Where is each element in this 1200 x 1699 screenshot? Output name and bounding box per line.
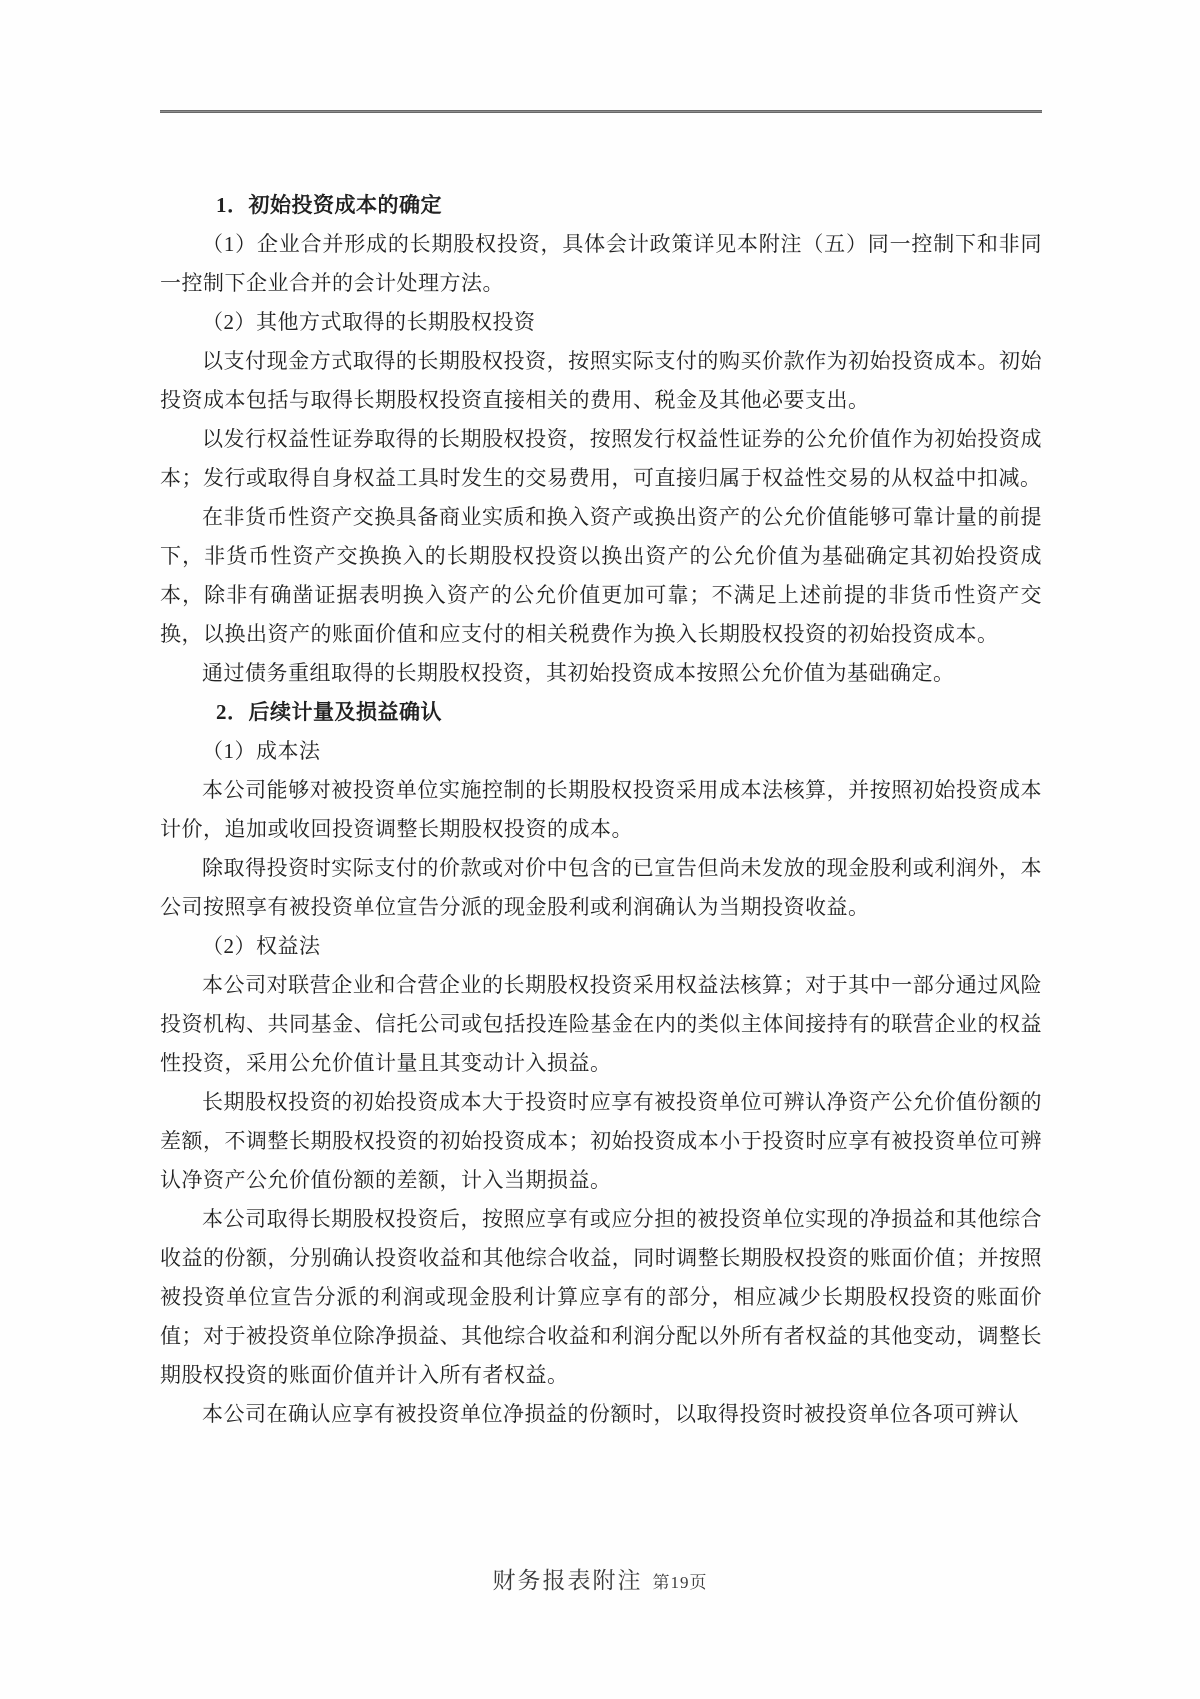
- paragraph: 通过债务重组取得的长期股权投资，其初始投资成本按照公允价值为基础确定。: [160, 654, 1042, 693]
- document-body: 1．初始投资成本的确定 （1）企业合并形成的长期股权投资，具体会计政策详见本附注…: [160, 186, 1042, 1434]
- paragraph: 本公司取得长期股权投资后，按照应享有或应分担的被投资单位实现的净损益和其他综合收…: [160, 1200, 1042, 1395]
- paragraph: （1）企业合并形成的长期股权投资，具体会计政策详见本附注（五）同一控制下和非同一…: [160, 225, 1042, 303]
- page-footer: 财务报表附注第19页: [0, 1562, 1200, 1595]
- footer-title: 财务报表附注: [493, 1568, 643, 1593]
- section-heading-2: 2．后续计量及损益确认: [160, 693, 1042, 732]
- paragraph: 以支付现金方式取得的长期股权投资，按照实际支付的购买价款作为初始投资成本。初始投…: [160, 342, 1042, 420]
- header-divider: [160, 110, 1042, 113]
- paragraph: 除取得投资时实际支付的价款或对价中包含的已宣告但尚未发放的现金股利或利润外，本公…: [160, 849, 1042, 927]
- paragraph: （1）成本法: [160, 732, 1042, 771]
- paragraph: 长期股权投资的初始投资成本大于投资时应享有被投资单位可辨认净资产公允价值份额的差…: [160, 1083, 1042, 1200]
- footer-page-number: 第19页: [653, 1573, 708, 1592]
- paragraph: 在非货币性资产交换具备商业实质和换入资产或换出资产的公允价值能够可靠计量的前提下…: [160, 498, 1042, 654]
- paragraph: （2）其他方式取得的长期股权投资: [160, 303, 1042, 342]
- section-heading-1: 1．初始投资成本的确定: [160, 186, 1042, 225]
- paragraph: 本公司对联营企业和合营企业的长期股权投资采用权益法核算；对于其中一部分通过风险投…: [160, 966, 1042, 1083]
- paragraph: 以发行权益性证券取得的长期股权投资，按照发行权益性证券的公允价值作为初始投资成本…: [160, 420, 1042, 498]
- paragraph: 本公司在确认应享有被投资单位净损益的份额时，以取得投资时被投资单位各项可辨认: [160, 1395, 1042, 1434]
- paragraph: 本公司能够对被投资单位实施控制的长期股权投资采用成本法核算，并按照初始投资成本计…: [160, 771, 1042, 849]
- paragraph: （2）权益法: [160, 927, 1042, 966]
- document-page: 1．初始投资成本的确定 （1）企业合并形成的长期股权投资，具体会计政策详见本附注…: [0, 0, 1200, 1699]
